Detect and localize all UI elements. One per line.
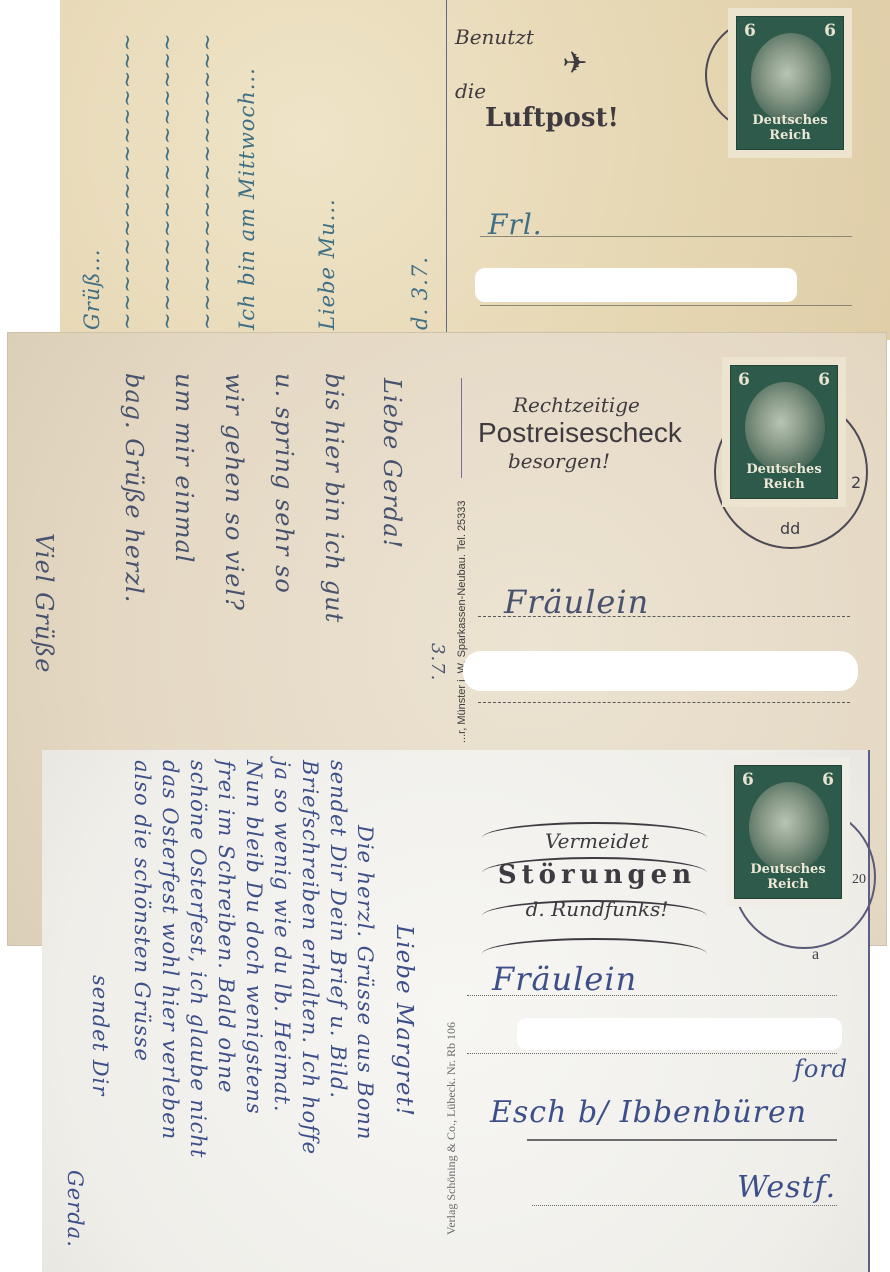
address-region: Westf.: [737, 1170, 836, 1205]
slogan-cancel: Benutzt ✈ die Luftpost!: [455, 25, 655, 133]
message-line: Briefschreiben erhalten. Ich hoffe: [298, 760, 322, 1155]
message-line: um mir einmal: [170, 373, 198, 563]
address-line: [532, 1205, 837, 1206]
slogan-cancel: Vermeidet Störungen d. Rundfunks!: [497, 826, 697, 924]
message-line: sendet Dir Dein Brief u. Bild.: [326, 760, 350, 1099]
message-line: ~~~~~~~~~~~~~~~~: [115, 32, 139, 330]
redaction-bar: [517, 1018, 842, 1050]
message-line: ~~~~~~~~~~~~~~~~: [195, 32, 219, 330]
message-line: Grüß...: [80, 249, 104, 330]
postage-stamp: 6 6 Deutsches Reich: [728, 8, 852, 158]
message-line: ~~~~~~~~~~~~~~~~: [155, 32, 179, 330]
message-line: frei im Schreiben. Bald ohne: [214, 760, 238, 1093]
postcard-top: Grüß... ~~~~~~~~~~~~~~~~ ~~~~~~~~~~~~~~~…: [60, 0, 890, 340]
message-line: bag. Grüße herzl.: [120, 373, 148, 603]
redaction-bar: [475, 268, 797, 302]
slogan-line: Luftpost!: [485, 103, 655, 133]
message-line: sendet Dir: [88, 975, 112, 1096]
slogan-line: Störungen: [497, 856, 697, 894]
message-line: Nun bleib Du doch wenigstens: [242, 760, 266, 1115]
postage-stamp: 6 6 Deutsches Reich: [722, 357, 846, 507]
message-line: Ich bin am Mittwoch...: [235, 67, 259, 330]
message-line: Die herzl. Grüsse aus Bonn: [353, 825, 377, 1140]
slogan-line: besorgen!: [508, 449, 718, 473]
message-line: Viel Grüße: [30, 533, 58, 673]
message-address-divider: [461, 378, 462, 478]
slogan-line: d. Rundfunks!: [497, 894, 697, 924]
redaction-bar: [463, 651, 858, 691]
portrait-icon: [749, 782, 829, 872]
message-line: ja so wenig wie du lb. Heimat.: [270, 760, 294, 1113]
address-line: [527, 1139, 837, 1141]
slogan-cancel: Rechtzeitige Postreisescheck besorgen!: [478, 393, 718, 473]
address-line: [467, 995, 837, 996]
slogan-line: die: [455, 79, 655, 103]
greeting: Liebe Margret!: [391, 925, 417, 1117]
message-line: das Osterfest wohl hier verleben: [158, 760, 182, 1140]
message-line: bis hier bin ich gut: [320, 373, 348, 623]
message-line: schöne Osterfest, ich glaube nicht: [186, 760, 210, 1158]
slogan-line: Vermeidet: [497, 826, 697, 856]
publisher-imprint: ...r, Münster i. W. Sparkassen-Neubau. T…: [456, 500, 468, 743]
address-line: [478, 702, 850, 703]
address-line: [480, 305, 852, 306]
signature: Gerda.: [63, 1170, 87, 1248]
postage-stamp: 6 6 Deutsches Reich: [726, 757, 850, 907]
address-line: [467, 1053, 837, 1054]
postmark-code: a: [812, 946, 819, 964]
address-line: [480, 236, 852, 237]
address-salutation: Fräulein: [492, 960, 637, 998]
slogan-line: Rechtzeitige: [513, 393, 718, 417]
postmark-date: 20: [852, 872, 866, 888]
address-town: Esch b/ Ibbenbüren: [490, 1095, 807, 1130]
message-line: u. spring sehr so: [270, 373, 298, 594]
cancel-wave-line: [482, 938, 707, 954]
postcard-bottom: Liebe Margret! Die herzl. Grüsse aus Bon…: [42, 750, 870, 1272]
message-line: wir gehen so viel?: [220, 373, 248, 611]
postmark-suffix: 2: [851, 473, 861, 492]
message-line: Liebe Mu...: [315, 198, 339, 330]
address-line: [478, 616, 850, 617]
slogan-line: Postreisescheck: [478, 417, 718, 449]
portrait-icon: [745, 382, 825, 472]
portrait-icon: [751, 33, 831, 123]
message-address-divider: [446, 0, 447, 335]
message-line: also die schönsten Grüsse: [130, 760, 154, 1062]
slogan-line: Benutzt: [455, 25, 655, 49]
message-line: Liebe Gerda!: [378, 378, 406, 549]
postmark-code: dd: [780, 519, 800, 538]
publisher-imprint: Verlag Schöning & Co., Lübeck. Nr. Rb 10…: [444, 1022, 459, 1235]
airplane-icon: ✈: [495, 49, 655, 79]
date-line: d. 3.7.: [408, 256, 432, 330]
address-suffix: ford: [794, 1055, 848, 1083]
date-line: 3.7.: [427, 643, 448, 681]
